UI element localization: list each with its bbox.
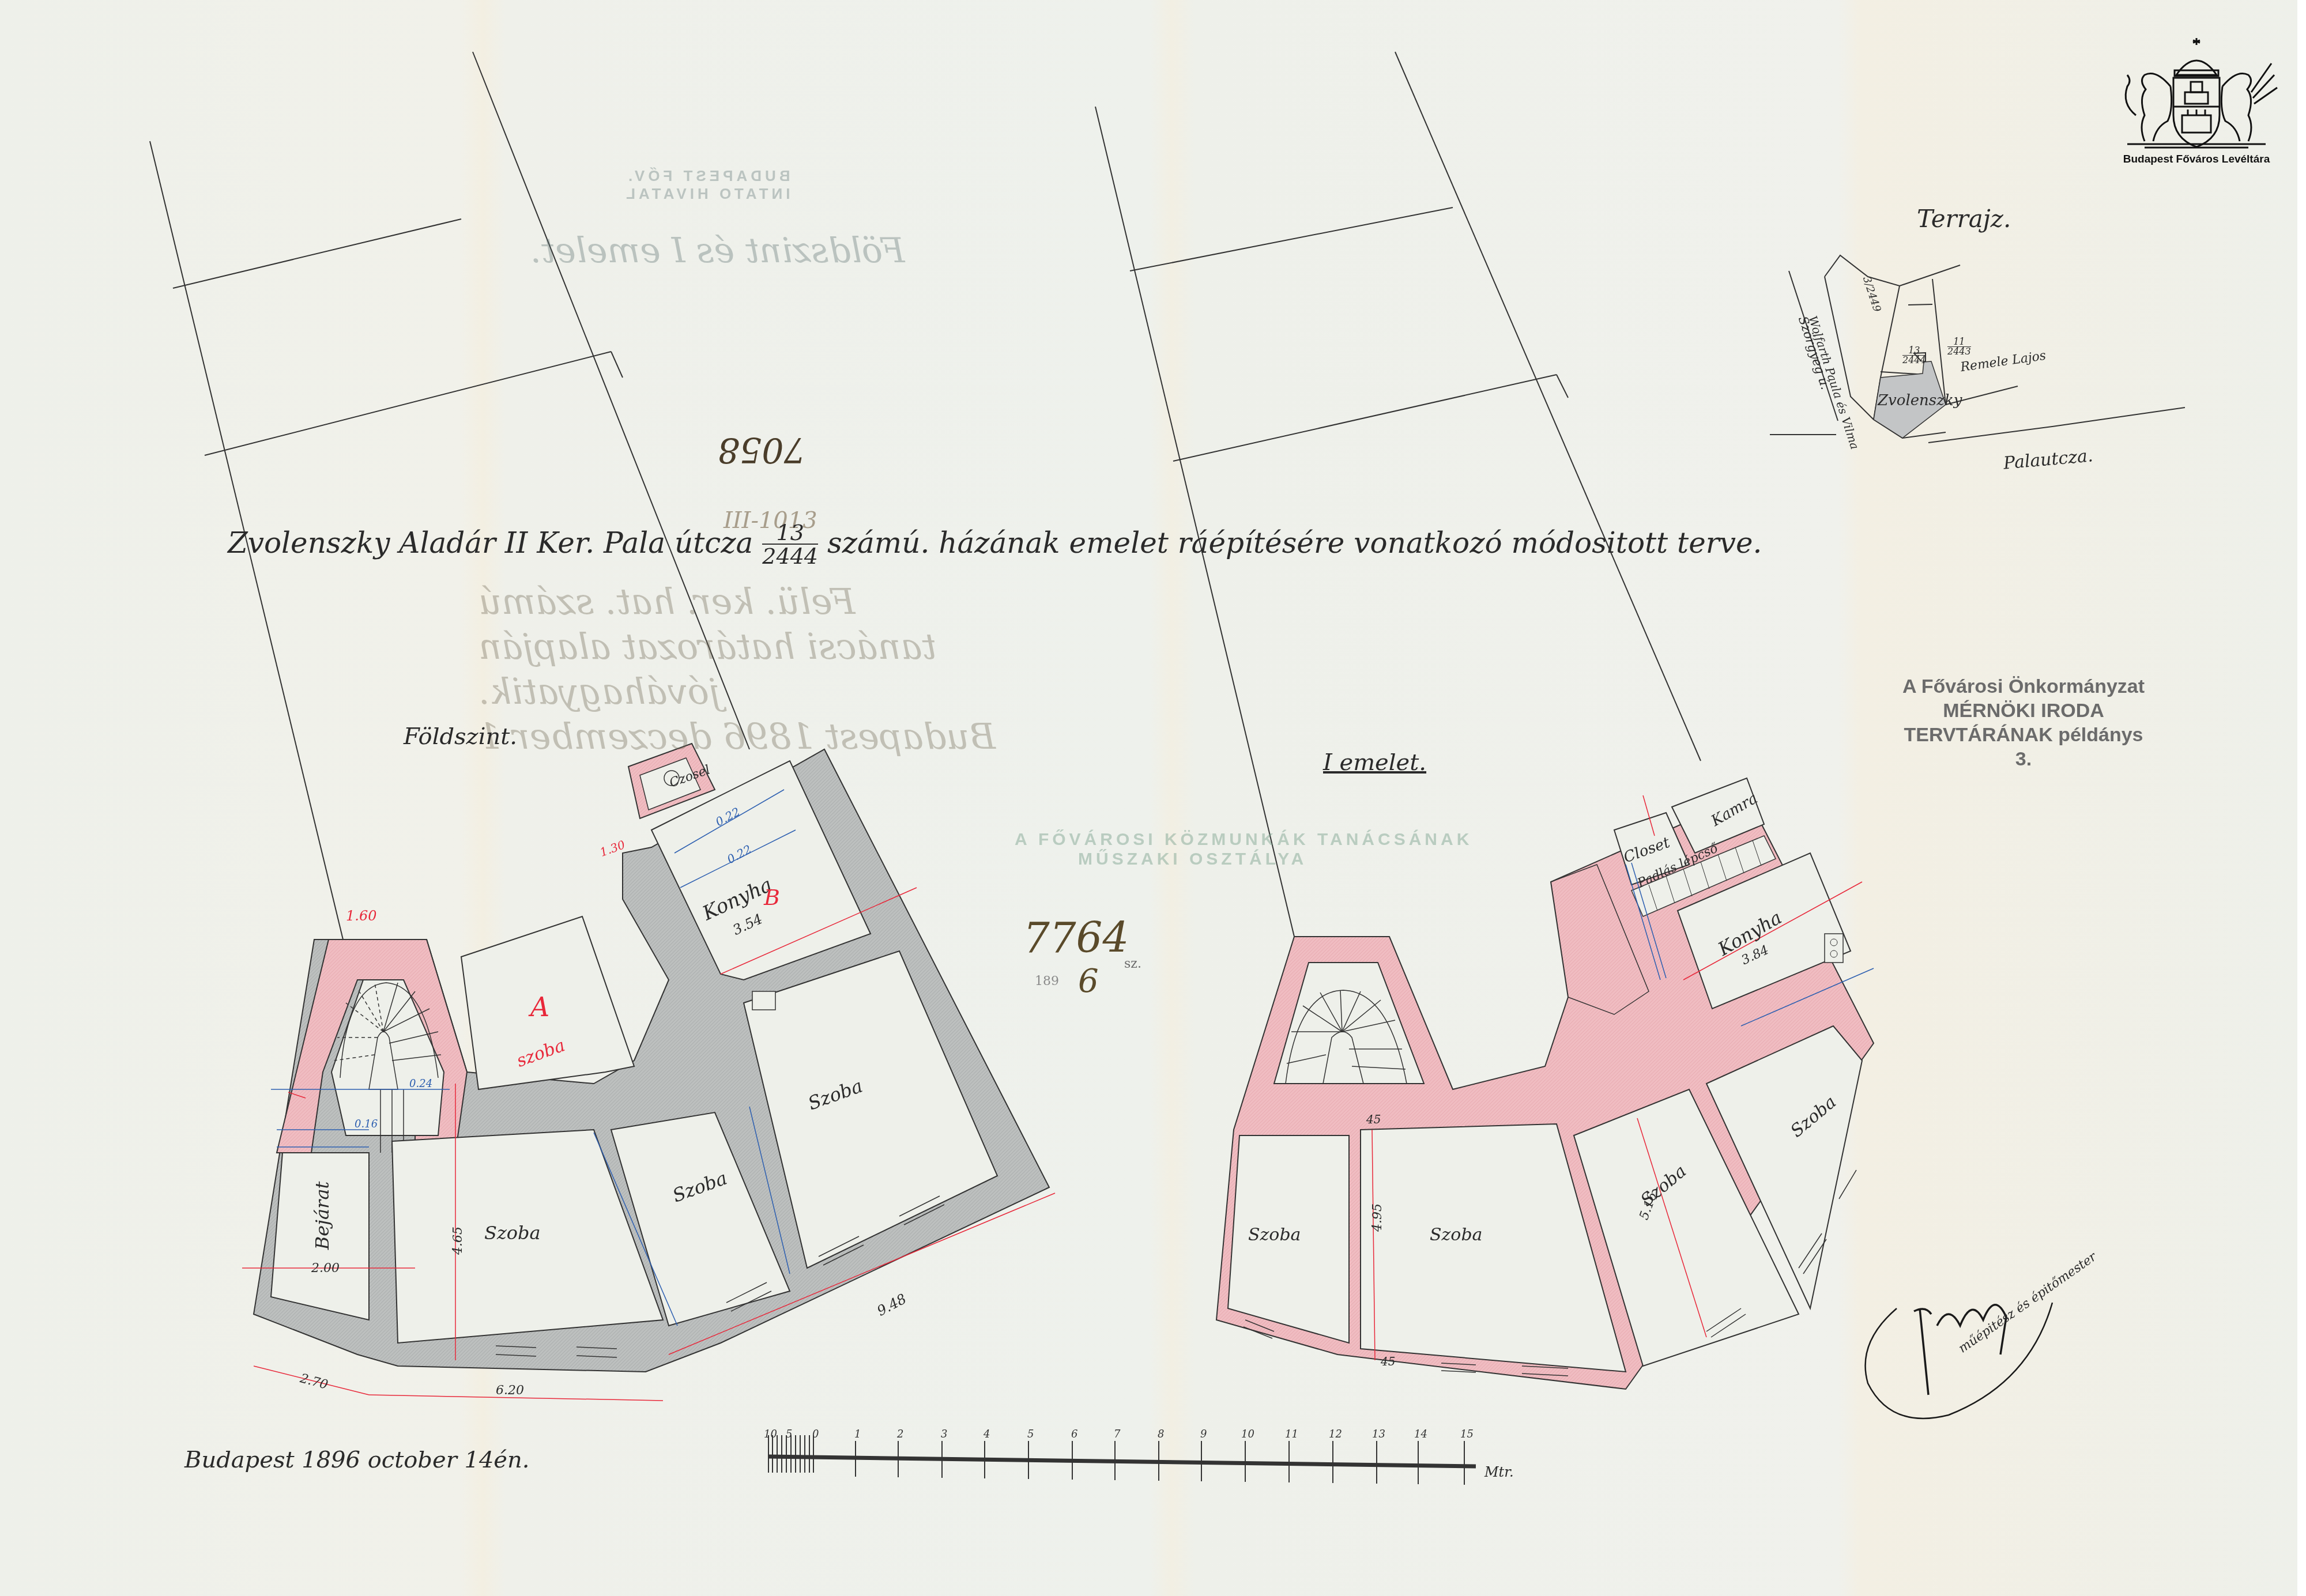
- place-date: Budapest 1896 october 14én.: [184, 1447, 530, 1473]
- registry-year-prefix: 189: [1035, 974, 1059, 988]
- engineering-office-stamp: A Fővárosi Önkormányzat MÉRNÖKI IRODA TE…: [1902, 674, 2145, 771]
- scale-bar-labels: 10 5 0 1 2 3 4 5 6 7 8 9 10 11 12 13 14 …: [764, 1428, 1479, 1446]
- floor-plan-drawing: [0, 0, 2306, 1596]
- mirrored-header-text: Földszint és I emelet.: [530, 231, 905, 271]
- dim-2-00: 2.00: [311, 1261, 340, 1276]
- ground-floor-label: Földszint.: [404, 723, 517, 750]
- top-faint-stamp: BUDAPEST FŐV. INTATO HIVATAL: [623, 167, 790, 203]
- registry-suffix: sz.: [1124, 957, 1141, 971]
- first-floor-lot-lines: [1095, 52, 1701, 937]
- faint-public-works-stamp: A FŐVÁROSI KÖZMUNKÁK TANÁCSÁNAK MŰSZAKI …: [1015, 830, 1472, 869]
- room-label-szoba-f2: Szoba: [1430, 1225, 1483, 1245]
- scale-bar-unit: Mtr.: [1484, 1464, 1514, 1480]
- title-lot: 13 2444: [762, 522, 818, 569]
- registry-sub: 6: [1078, 963, 1099, 1000]
- site-parcel-remele-fraction: 11 2443: [1947, 337, 1971, 356]
- site-parcel-zvolenszky: Zvolenszky: [1878, 392, 1962, 409]
- ground-floor-plan: [242, 744, 1055, 1401]
- first-floor-plan: [1216, 778, 1874, 1389]
- room-label-szoba-f1: Szoba: [1248, 1225, 1301, 1245]
- file-number-top: 7058: [718, 429, 806, 470]
- site-plan-title: Terrajz.: [1917, 205, 2011, 233]
- dim-4-95: 4.95: [1370, 1203, 1385, 1232]
- mirrored-approval-note: Felü. ker. hat. számú tanácsi határozat …: [478, 579, 996, 759]
- site-parcel-zvolenszky-fraction: 13 2444: [1902, 346, 1926, 365]
- dim-6-20: 6.20: [496, 1383, 524, 1398]
- title-rest: számú. házának emelet ráépítésére vonatk…: [827, 526, 1762, 560]
- room-id-a: A: [530, 991, 549, 1023]
- room-label-szoba-1: Szoba: [484, 1222, 541, 1244]
- title-street: Pala útcza: [604, 526, 753, 560]
- site-plan-drawing: [1770, 255, 2185, 443]
- room-label-bejarat: Bejárat: [311, 1182, 333, 1250]
- dim-45-f-b: 45: [1381, 1354, 1395, 1368]
- title-district: II Ker.: [505, 526, 594, 560]
- room-id-b: B: [764, 885, 780, 910]
- registry-number: 7764: [1023, 914, 1129, 962]
- dim-4-65: 4.65: [451, 1227, 465, 1255]
- plan-title: Zvolenszky Aladár II Ker. Pala útcza 13 …: [228, 522, 1762, 569]
- dim-45-f-a: 45: [1366, 1112, 1381, 1126]
- dim-1-60-top: 1.60: [346, 908, 376, 924]
- first-floor-label: I emelet.: [1323, 749, 1426, 776]
- dim-0-24: 0.24: [409, 1078, 432, 1090]
- title-owner: Zvolenszky Aladár: [228, 526, 496, 560]
- dim-0-16: 0.16: [355, 1118, 378, 1130]
